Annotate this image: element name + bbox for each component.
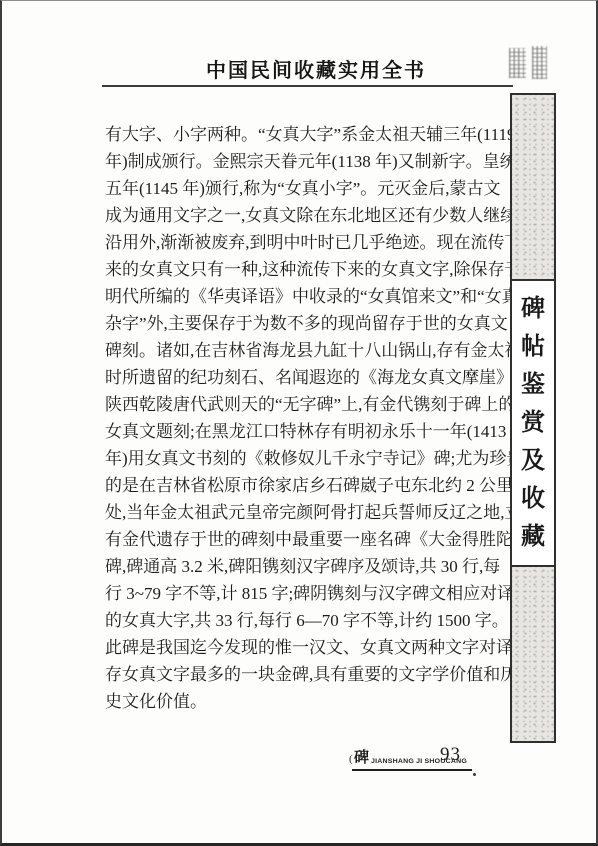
page-number: 93 [440, 744, 461, 766]
text-line: 处,当年金太祖武元皇帝完颜阿骨打起兵誓师反辽之地,立 [105, 499, 493, 526]
text-line: 有金代遗存于世的碑刻中最重要一座名碑《大金得胜陀》 [105, 526, 493, 553]
text-line: 此碑是我国迄今发现的惟一汉文、女真文两种文字对译、保 [105, 634, 493, 661]
footer-divider [352, 769, 472, 771]
text-line: 史文化价值。 [105, 688, 493, 715]
book-page: 中国民间收藏实用全书 有大字、小字两种。“女真大字”系金太祖天辅三年(1119年… [0, 0, 598, 846]
stamp-smudge [532, 46, 547, 79]
footer-bracket: ( [349, 753, 353, 765]
print-stamp [509, 46, 551, 80]
footer-series-char: 碑 [354, 746, 369, 767]
text-line: 陕西乾陵唐代武则天的“无字碑”上,有金代镌刻于碑上的 [105, 391, 493, 418]
text-line: 碑刻。诸如,在吉林省海龙县九缸十八山锅山,存有金太祖 [105, 337, 493, 364]
text-line: 行 3~79 字不等,计 815 字;碑阴镌刻与汉字碑文相应对译 [105, 580, 493, 607]
body-text: 有大字、小字两种。“女真大字”系金太祖天辅三年(1119年)制成颁行。金熙宗天眷… [105, 121, 493, 715]
text-line: 来的女真文只有一种,这种流传下来的女真文字,除保存于 [105, 256, 493, 283]
chapter-title-char: 鉴 [521, 373, 545, 397]
footer-dot [473, 773, 476, 776]
text-line: 明代所编的《华夷译语》中收录的“女真馆来文”和“女真馆 [105, 283, 493, 310]
margin-tab-texture-bottom [512, 567, 554, 741]
text-line: 存女真文字最多的一块金碑,具有重要的文字学价值和历 [105, 661, 493, 688]
chapter-title-char: 碑 [521, 297, 545, 321]
chapter-title-char: 赏 [521, 411, 545, 435]
text-line: 时所遗留的纪功刻石、名闻遐迩的《海龙女真文摩崖》;在 [105, 364, 493, 391]
page-title: 中国民间收藏实用全书 [120, 54, 512, 83]
text-line: 年)制成颁行。金熙宗天眷元年(1138 年)又制新字。皇统 [105, 148, 493, 175]
margin-tab-texture-top [512, 95, 554, 281]
chapter-title-char: 及 [521, 449, 545, 473]
chapter-title-char: 藏 [521, 525, 545, 549]
margin-tab: 碑帖鉴赏及收藏 [510, 93, 556, 743]
text-line: 碑,碑通高 3.2 米,碑阳镌刻汉字碑序及颂诗,共 30 行,每 [105, 553, 493, 580]
chapter-title-char: 帖 [521, 335, 545, 359]
text-line: 有大字、小字两种。“女真大字”系金太祖天辅三年(1119 [105, 121, 493, 148]
text-line: 的是在吉林省松原市徐家店乡石碑崴子屯东北约 2 公里 [105, 472, 493, 499]
text-line: 的女真大字,共 33 行,每行 6—70 字不等,计约 1500 字。 [105, 607, 493, 634]
chapter-title-vertical: 碑帖鉴赏及收藏 [512, 281, 554, 567]
text-line: 杂字”外,主要保存于为数不多的现尚留存于世的女真文 [105, 310, 493, 337]
stamp-smudge [509, 48, 526, 78]
text-line: 五年(1145 年)颁行,称为“女真小字”。元灭金后,蒙古文 [105, 175, 493, 202]
text-line: 女真文题刻;在黑龙江口特林存有明初永乐十一年(1413 [105, 418, 493, 445]
chapter-title-char: 收 [521, 487, 545, 511]
header-divider [102, 85, 513, 87]
text-line: 年)用女真文书刻的《敕修奴儿千永宁寺记》碑;尤为珍贵 [105, 445, 493, 472]
text-line: 沿用外,渐渐被废弃,到明中叶时已几乎绝迹。现在流传下 [105, 229, 493, 256]
text-line: 成为通用文字之一,女真文除在东北地区还有少数人继续 [105, 202, 493, 229]
